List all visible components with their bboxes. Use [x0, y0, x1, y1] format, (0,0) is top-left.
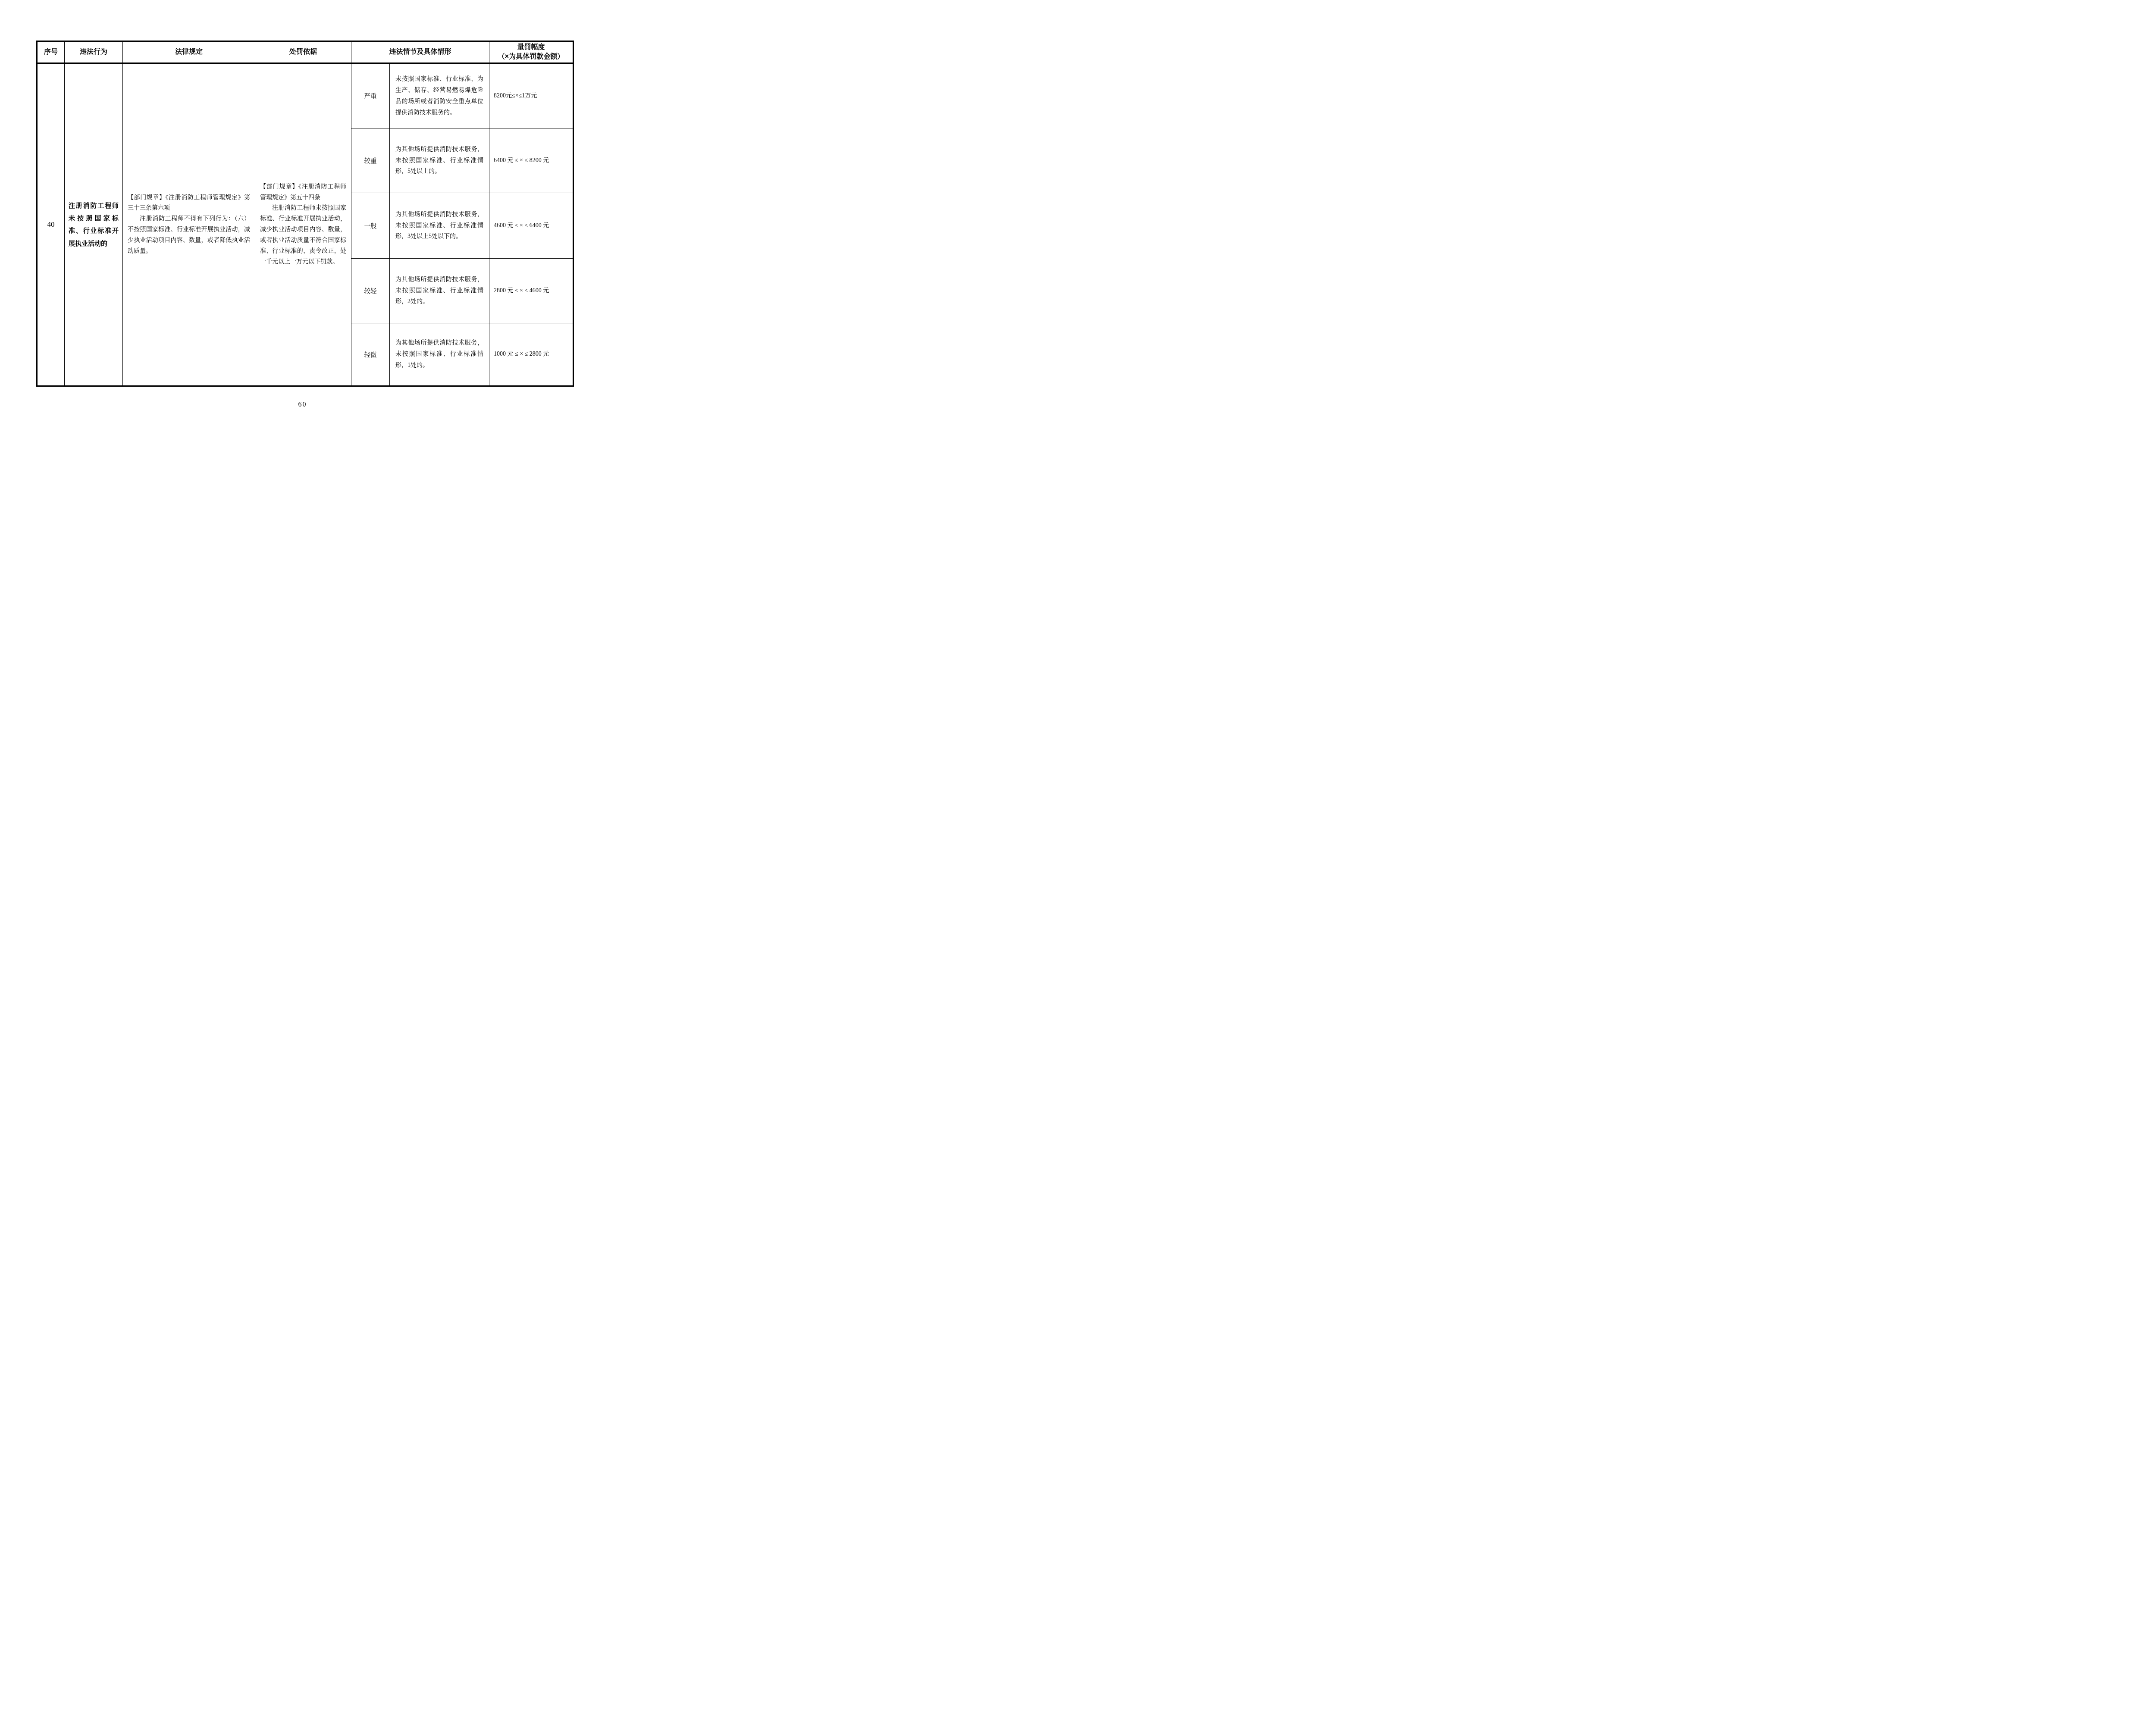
header-situation-label: 违法情节及具体情形	[389, 48, 451, 56]
penalty-range: 6400 元 ≤ × ≤ 8200 元	[489, 128, 573, 193]
penalty-table: 序号 违法行为 法律规定 处罚依据 违法情节及具体情形 量罚幅度 （×为具体罚款…	[36, 41, 574, 387]
penalty-range: 8200元≤×≤1万元	[489, 63, 573, 128]
punishment-basis-body: 注册消防工程师未按照国家标准、行业标准开展执业活动，减少执业活动项目内容、数量，…	[260, 203, 346, 267]
situation-description: 为其他场所提供消防技术服务，未按照国家标准、行业标准情形，2处的。	[390, 259, 489, 323]
penalty-range: 4600 元 ≤ × ≤ 6400 元	[489, 193, 573, 259]
legal-provision-body: 注册消防工程师不得有下列行为：（六）不按照国家标准、行业标准开展执业活动，减少执…	[128, 214, 250, 257]
header-behavior: 违法行为	[65, 41, 123, 63]
punishment-basis-cell: 【部门规章】《注册消防工程师管理规定》第五十四条 注册消防工程师未按照国家标准、…	[255, 63, 351, 386]
header-penalty-range-line1: 量罚幅度	[490, 43, 572, 52]
serial-number: 40	[47, 220, 55, 228]
table-header-row: 序号 违法行为 法律规定 处罚依据 违法情节及具体情形 量罚幅度 （×为具体罚款…	[37, 41, 573, 63]
header-behavior-label: 违法行为	[80, 48, 107, 56]
serial-number-cell: 40	[37, 63, 65, 386]
severity-label: 较重	[351, 128, 390, 193]
penalty-range: 2800 元 ≤ × ≤ 4600 元	[489, 259, 573, 323]
header-legal-label: 法律规定	[175, 48, 203, 56]
document-page: 序号 违法行为 法律规定 处罚依据 违法情节及具体情形 量罚幅度 （×为具体罚款…	[0, 0, 605, 428]
severity-label: 较轻	[351, 259, 390, 323]
header-situation: 违法情节及具体情形	[351, 41, 489, 63]
punishment-basis-title: 【部门规章】《注册消防工程师管理规定》第五十四条	[260, 182, 346, 203]
legal-provision-title: 【部门规章】《注册消防工程师管理规定》第三十三条第六项	[128, 193, 250, 214]
header-serial: 序号	[37, 41, 65, 63]
penalty-range: 1000 元 ≤ × ≤ 2800 元	[489, 323, 573, 386]
situation-description: 未按照国家标准、行业标准，为生产、储存、经营易燃易爆危险品的场所或者消防安全重点…	[390, 63, 489, 128]
situation-description: 为其他场所提供消防技术服务，未按照国家标准、行业标准情形，5处以上的。	[390, 128, 489, 193]
header-serial-label: 序号	[44, 48, 58, 56]
page-number: — 60 —	[0, 401, 605, 409]
header-penalty-range: 量罚幅度 （×为具体罚款金额）	[489, 41, 573, 63]
severity-label: 严重	[351, 63, 390, 128]
table-row-severe: 40 注册消防工程师未按照国家标准、行业标准开展执业活动的 【部门规章】《注册消…	[37, 63, 573, 128]
behavior-cell: 注册消防工程师未按照国家标准、行业标准开展执业活动的	[65, 63, 123, 386]
behavior-text: 注册消防工程师未按照国家标准、行业标准开展执业活动的	[69, 202, 119, 247]
situation-description: 为其他场所提供消防技术服务，未按照国家标准、行业标准情形，3处以上5处以下的。	[390, 193, 489, 259]
severity-label: 一般	[351, 193, 390, 259]
situation-description: 为其他场所提供消防技术服务，未按照国家标准、行业标准情形，1处的。	[390, 323, 489, 386]
header-basis: 处罚依据	[255, 41, 351, 63]
header-penalty-range-line2: （×为具体罚款金额）	[490, 52, 572, 62]
legal-provision-cell: 【部门规章】《注册消防工程师管理规定》第三十三条第六项 注册消防工程师不得有下列…	[123, 63, 255, 386]
severity-label: 轻微	[351, 323, 390, 386]
header-legal: 法律规定	[123, 41, 255, 63]
header-basis-label: 处罚依据	[289, 48, 317, 56]
